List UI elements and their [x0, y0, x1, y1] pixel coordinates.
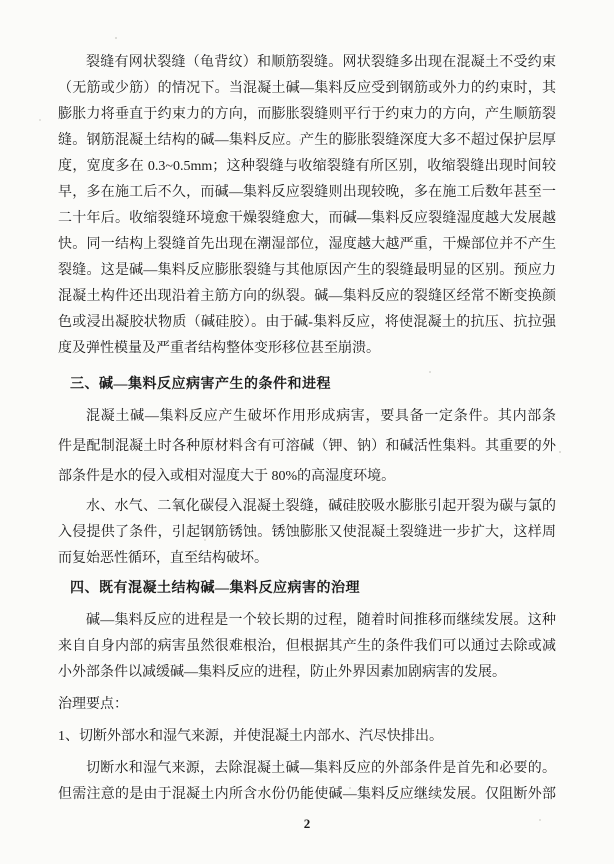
paragraph-line: 治理要点：: [58, 692, 556, 718]
paragraph-line: 二十年后。收缩裂缝环境愈干燥裂缝愈大，而碱—集料反应裂缝湿度越大发展越: [58, 206, 556, 232]
section-heading: 三、碱—集料反应病害产生的条件和进程: [58, 372, 556, 398]
paragraph-line: 但需注意的是由于混凝土内所含水份仍能使碱—集料反应继续发展。仅阻断外部: [58, 782, 556, 808]
paragraph-line: 而复始恶性循环，直至结构破坏。: [58, 546, 556, 572]
paragraph-line: 入侵提供了条件，引起钢筋锈蚀。锈蚀膨胀又使混凝土裂缝进一步扩大，这样周: [58, 520, 556, 546]
paragraph-line: 混凝土碱—集料反应产生破坏作用形成病害，要具备一定条件。其内部条: [58, 402, 556, 432]
paragraph-line: 部条件是水的侵入或相对湿度大于 80%的高湿度环境。: [58, 462, 556, 492]
paragraph-line: 来自自身内部的病害虽然很难根治，但根据其产生的条件我们可以通过去除或减: [58, 634, 556, 660]
paragraph-line: 度及弹性模量及严重者结构整体变形移位甚至崩溃。: [58, 336, 556, 362]
page-number: 2: [0, 814, 614, 834]
section-heading: 四、既有混凝土结构碱—集料反应病害的治理: [58, 576, 556, 602]
paragraph-line: 水、水气、二氧化碳侵入混凝土裂缝，碱硅胶吸水膨胀引起开裂为碳与氯的: [58, 494, 556, 520]
paragraph-line: 裂缝有网状裂缝（龟背纹）和顺筋裂缝。网状裂缝多出现在混凝土不受约束: [58, 50, 556, 76]
paragraph-line: 裂缝。这是碱—集料反应膨胀裂缝与其他原因产生的裂缝最明显的区别。预应力: [58, 258, 556, 284]
paragraph-line: 碱—集料反应的进程是一个较长期的过程，随着时间推移而继续发展。这种: [58, 608, 556, 634]
paragraph-line: 混凝土构件还出现沿着主筋方向的纵裂。碱—集料反应的裂缝区经常不断变换颜: [58, 284, 556, 310]
paragraph-line: 小外部条件以减缓碱—集料反应的进程，防止外界因素加剧病害的发展。: [58, 660, 556, 686]
paragraph-line: 切断水和湿气来源，去除混凝土碱—集料反应的外部条件是首先和必要的。: [58, 756, 556, 782]
paragraph-line: 膨胀力将垂直于约束力的方向，而膨胀裂缝则平行于约束力的方向，产生顺筋裂: [58, 102, 556, 128]
paragraph-line: 度，宽度多在 0.3~0.5mm；这种裂缝与收缩裂缝有所区别，收缩裂缝出现时间较: [58, 154, 556, 180]
paragraph-line: 色或浸出凝胶状物质（碱硅胶）。由于碱-集料反应，将使混凝土的抗压、抗拉强: [58, 310, 556, 336]
document-body: 裂缝有网状裂缝（龟背纹）和顺筋裂缝。网状裂缝多出现在混凝土不受约束（无筋或少筋）…: [58, 50, 556, 808]
paragraph-line: 缝。钢筋混凝土结构的碱—集料反应。产生的膨胀裂缝深度大多不超过保护层厚: [58, 128, 556, 154]
paragraph-line: 快。同一结构上裂缝首先出现在潮湿部位，湿度越大越严重，干燥部位并不产生: [58, 232, 556, 258]
paragraph-line: 1、切断外部水和湿气来源，并使混凝土内部水、汽尽快排出。: [58, 724, 556, 750]
paragraph-line: 件是配制混凝土时各种原材料含有可溶碱（钾、钠）和碱活性集料。其重要的外: [58, 432, 556, 462]
paragraph-line: 早，多在施工后不久，而碱—集料反应裂缝则出现较晚，多在施工后数年甚至一: [58, 180, 556, 206]
paragraph-line: （无筋或少筋）的情况下。当混凝土碱—集料反应受到钢筋或外力的约束时，其: [58, 76, 556, 102]
